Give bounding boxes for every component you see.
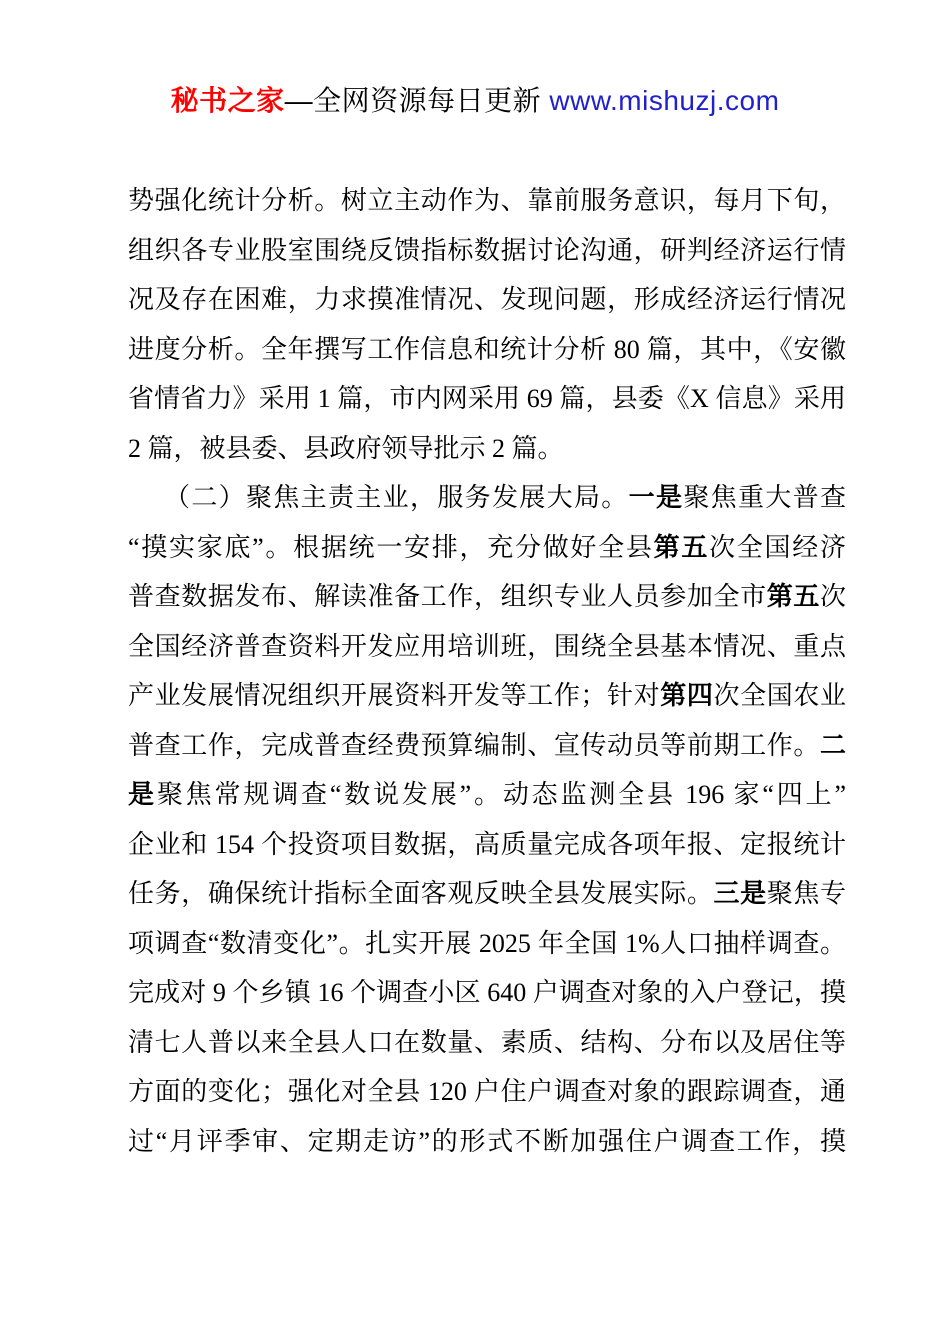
- text-run: 完成对 9 个乡镇 16 个调查小区 640 户调查对象的入户登记，摸: [128, 978, 846, 1007]
- text-run: “摸实家底”。根据统一安排，充分做好全县: [128, 533, 654, 562]
- text-line: 清七人普以来全县人口在数量、素质、结构、分布以及居住等: [128, 1018, 846, 1068]
- text-run: 进度分析。全年撰写工作信息和统计分析 80 篇，其中，《安徽: [128, 335, 846, 364]
- text-line: 组织各专业股室围绕反馈指标数据讨论沟通，研判经济运行情: [128, 226, 846, 276]
- text-run: 次全国经济: [709, 533, 846, 562]
- text-run: 任务，确保统计指标全面客观反映全县发展实际。: [128, 879, 714, 908]
- header-brand-text: 秘书之家: [171, 85, 285, 116]
- document-body: 势强化统计分析。树立主动作为、靠前服务意识，每月下旬，组织各专业股室围绕反馈指标…: [128, 176, 846, 1166]
- text-run: 过“月评季审、定期走访”的形式不断加强住户调查工作，摸: [128, 1127, 846, 1156]
- text-line: （二）聚焦主责主业，服务发展大局。一是聚焦重大普查: [128, 473, 846, 523]
- bold-text-run: 三是: [714, 879, 767, 908]
- bold-text-run: 第五: [654, 533, 709, 562]
- text-line: 企业和 154 个投资项目数据，高质量完成各项年报、定报统计: [128, 820, 846, 870]
- text-run: 产业发展情况组织开展资料开发等工作；针对: [128, 681, 660, 710]
- text-run: 次: [820, 582, 846, 611]
- text-line: 全国经济普查资料开发应用培训班，围绕全县基本情况、重点: [128, 622, 846, 672]
- text-line: 普查数据发布、解读准备工作，组织专业人员参加全市第五次: [128, 572, 846, 622]
- text-run: 清七人普以来全县人口在数量、素质、结构、分布以及居住等: [128, 1028, 846, 1057]
- text-line: 方面的变化；强化对全县 120 户住户调查对象的跟踪调查，通: [128, 1067, 846, 1117]
- text-run: 项调查“数清变化”。扎实开展 2025 年全国 1%人口抽样调查。: [128, 929, 846, 958]
- text-line: 过“月评季审、定期走访”的形式不断加强住户调查工作，摸: [128, 1117, 846, 1167]
- document-page: 秘书之家—全网资源每日更新 www.mishuzj.com 势强化统计分析。树立…: [0, 0, 950, 1344]
- text-line: “摸实家底”。根据统一安排，充分做好全县第五次全国经济: [128, 523, 846, 573]
- text-line: 任务，确保统计指标全面客观反映全县发展实际。三是聚焦专: [128, 869, 846, 919]
- text-run: 组织各专业股室围绕反馈指标数据讨论沟通，研判经济运行情: [128, 236, 846, 265]
- text-run: 势强化统计分析。树立主动作为、靠前服务意识，每月下旬，: [128, 186, 846, 215]
- bold-text-run: 第五: [767, 582, 820, 611]
- header-tagline-text: —全网资源每日更新: [285, 85, 542, 116]
- site-header-line: 秘书之家—全网资源每日更新 www.mishuzj.com: [0, 82, 950, 120]
- text-run: （二）聚焦主责主业，服务发展大局。: [164, 483, 629, 512]
- text-run: 普查工作，完成普查经费预算编制、宣传动员等前期工作。: [128, 731, 820, 760]
- text-run: 次全国农业: [714, 681, 846, 710]
- text-line: 产业发展情况组织开展资料开发等工作；针对第四次全国农业: [128, 671, 846, 721]
- text-line: 项调查“数清变化”。扎实开展 2025 年全国 1%人口抽样调查。: [128, 919, 846, 969]
- text-line: 是聚焦常规调查“数说发展”。动态监测全县 196 家“四上”: [128, 770, 846, 820]
- bold-text-run: 二: [820, 731, 846, 760]
- text-line: 况及存在困难，力求摸准情况、发现问题，形成经济运行情况: [128, 275, 846, 325]
- text-run: 全国经济普查资料开发应用培训班，围绕全县基本情况、重点: [128, 632, 846, 661]
- text-run: 省情省力》采用 1 篇，市内网采用 69 篇，县委《X 信息》采用: [128, 384, 846, 413]
- bold-text-run: 第四: [660, 681, 713, 710]
- bold-text-run: 是: [128, 780, 157, 809]
- text-line: 普查工作，完成普查经费预算编制、宣传动员等前期工作。二: [128, 721, 846, 771]
- text-run: 方面的变化；强化对全县 120 户住户调查对象的跟踪调查，通: [128, 1077, 846, 1106]
- text-run: 况及存在困难，力求摸准情况、发现问题，形成经济运行情况: [128, 285, 846, 314]
- text-line: 进度分析。全年撰写工作信息和统计分析 80 篇，其中，《安徽: [128, 325, 846, 375]
- text-line: 省情省力》采用 1 篇，市内网采用 69 篇，县委《X 信息》采用: [128, 374, 846, 424]
- text-line: 势强化统计分析。树立主动作为、靠前服务意识，每月下旬，: [128, 176, 846, 226]
- text-run: 聚焦专: [767, 879, 846, 908]
- text-run: 企业和 154 个投资项目数据，高质量完成各项年报、定报统计: [128, 830, 846, 859]
- header-url-text: www.mishuzj.com: [541, 85, 779, 116]
- text-run: 2 篇，被县委、县政府领导批示 2 篇。: [128, 434, 564, 463]
- text-run: 普查数据发布、解读准备工作，组织专业人员参加全市: [128, 582, 767, 611]
- text-run: 聚焦重大普查: [683, 483, 846, 512]
- text-line: 2 篇，被县委、县政府领导批示 2 篇。: [128, 424, 846, 474]
- text-run: 聚焦常规调查“数说发展”。动态监测全县 196 家“四上”: [157, 780, 846, 809]
- bold-text-run: 一是: [629, 483, 684, 512]
- text-line: 完成对 9 个乡镇 16 个调查小区 640 户调查对象的入户登记，摸: [128, 968, 846, 1018]
